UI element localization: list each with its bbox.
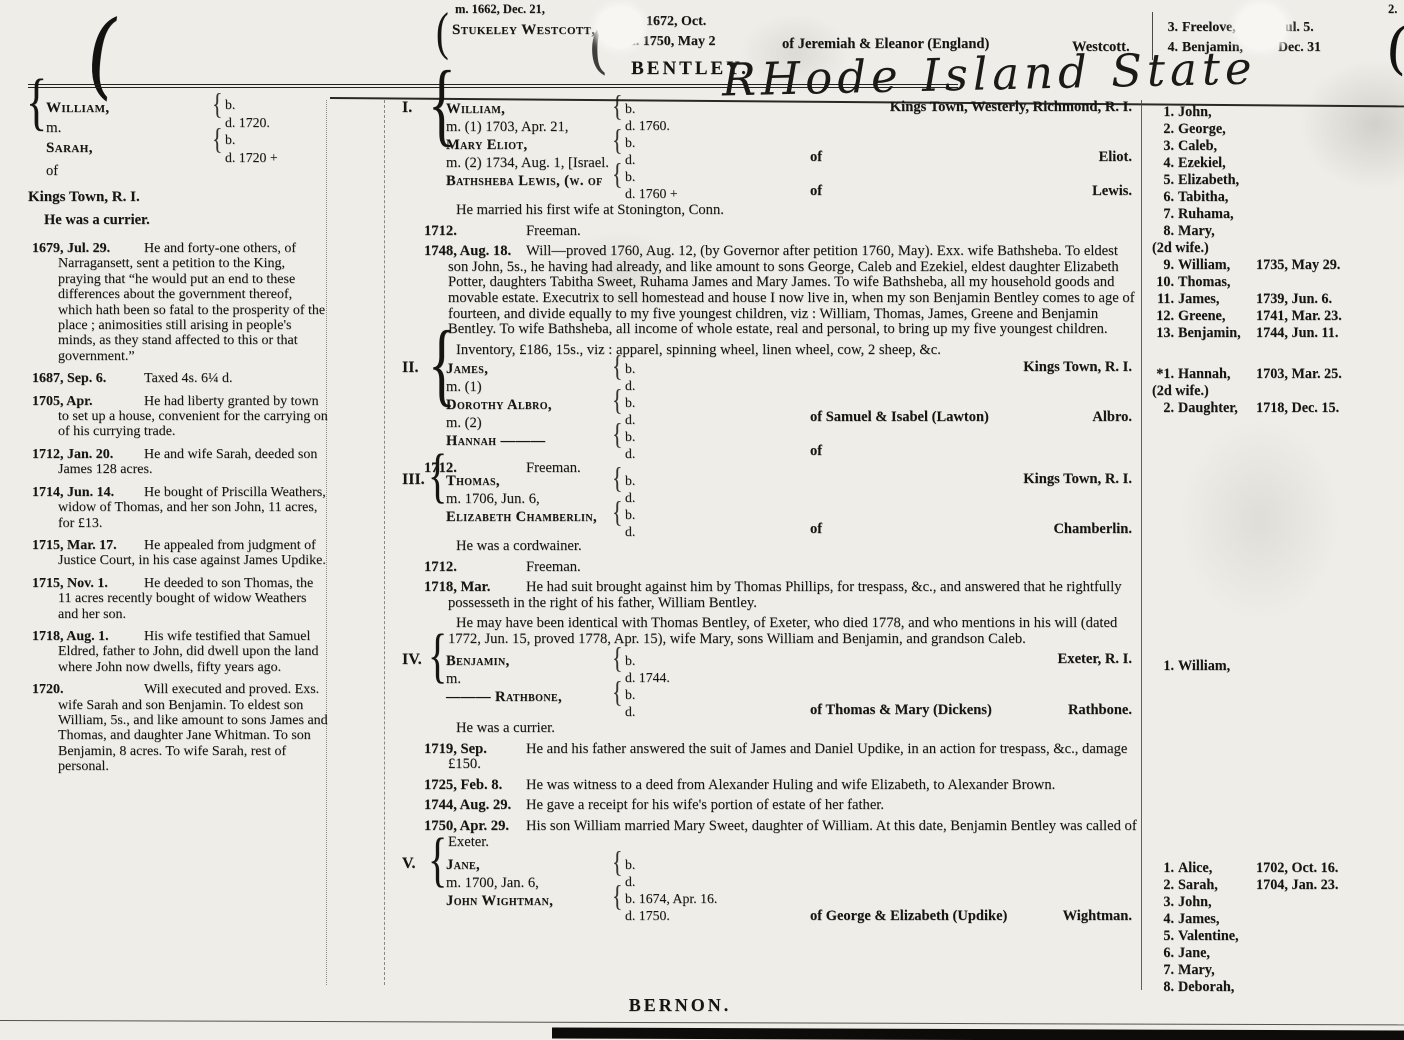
child-name: John,	[1178, 894, 1256, 911]
of-label: of Samuel & Isabel (Lawton)	[810, 410, 989, 426]
child-row: 2.Sarah,1704, Jan. 23.	[1150, 877, 1402, 894]
entry-text: He gave a receipt for his wife's portion…	[526, 797, 884, 813]
footer-rule	[0, 1020, 1404, 1025]
next-page-title: BERNON.	[560, 995, 800, 1016]
family-header: I. { William, m. (1) 1703, Apr. 21, Mary…	[400, 100, 1138, 198]
child-number: *1.	[1150, 366, 1174, 383]
child-row: 6.Tabitha,	[1150, 189, 1402, 206]
child-number: 1.	[1150, 104, 1174, 121]
column-divider	[1141, 100, 1142, 990]
entry-text: He may have been identical with Thomas B…	[448, 615, 1117, 647]
vital-line: b.	[625, 686, 670, 703]
dated-entry: 1714, Jun. 14.He bought of Priscilla Wea…	[28, 485, 328, 531]
child-note-row: (2d wife.)	[1150, 240, 1402, 257]
entry-date: 1705, Apr.	[32, 394, 93, 409]
child-date: 1704, Jan. 23.	[1256, 877, 1338, 894]
child-number: 4.	[1150, 911, 1174, 928]
child-number: 8.	[1150, 223, 1174, 240]
person-name: Bathsheba Lewis, (w. of	[446, 172, 609, 190]
marriage-line: m. (2) 1734, Aug. 1, [Israel.	[446, 154, 609, 172]
child-number: 12.	[1150, 308, 1174, 325]
entry-paragraph: 1748, Aug. 18.Will—proved 1760, Aug. 12,…	[400, 244, 1138, 338]
child-name: Benjamin,	[1178, 325, 1256, 342]
child-name: James,	[1178, 911, 1256, 928]
child-number: 13.	[1150, 325, 1174, 342]
column-divider	[384, 100, 385, 985]
child-row: 9.William,1735, May 29.	[1150, 257, 1402, 274]
spouse-names: Jane, m. 1700, Jan. 6, John Wightman,	[446, 856, 553, 910]
child-name: Greene,	[1178, 308, 1256, 325]
vitals-brace: {	[612, 851, 623, 872]
child-date: 1702, Oct. 16.	[1256, 860, 1338, 877]
child-row: 7.Mary,	[1150, 962, 1402, 979]
spouse-names: Benjamin, m. ——— Rathbone,	[446, 652, 562, 706]
vitals-brace: {	[612, 95, 623, 116]
entry-text: He had suit brought against him by Thoma…	[448, 579, 1122, 611]
child-number: 3.	[1158, 17, 1178, 37]
vital-line: b.	[625, 134, 678, 151]
entry-paragraph: He may have been identical with Thomas B…	[400, 616, 1138, 647]
entry-text: Will executed and proved. Exs. wife Sara…	[58, 682, 328, 774]
child-number: 2.	[1150, 877, 1174, 894]
person-name: Thomas,	[446, 472, 597, 490]
of-label: of George & Elizabeth (Updike)	[810, 909, 1007, 925]
parent-surname: Wightman.	[1063, 909, 1132, 925]
child-name: George,	[1178, 121, 1256, 138]
child-row: 12.Greene,1741, Mar. 23.	[1150, 308, 1402, 325]
vital-dates: b. d. b. 1674, Apr. 16. d. 1750.	[625, 856, 717, 924]
marriage-line: m. (1)	[446, 378, 552, 396]
child-row: 7.Ruhama,	[1150, 206, 1402, 223]
child-name: William,	[1178, 658, 1256, 675]
child-row: 1.John,	[1150, 104, 1402, 121]
vital-line: d. 1760 +	[625, 185, 678, 202]
vitals-brace: {	[612, 389, 623, 410]
residence: Kings Town, R. I.	[1023, 472, 1132, 488]
child-number: 7.	[1150, 962, 1174, 979]
entry-paragraph: 1750, Apr. 29.His son William married Ma…	[400, 819, 1138, 850]
child-row: 6.Jane,	[1150, 945, 1402, 962]
section-numeral: III.	[402, 472, 425, 488]
child-name: William,	[1178, 257, 1256, 274]
person-name: ——— Rathbone,	[446, 688, 562, 706]
person-name: Benjamin,	[446, 652, 562, 670]
child-number: 3.	[1150, 138, 1174, 155]
vital-line: b.	[625, 472, 635, 489]
person-name: Sarah,	[46, 138, 110, 158]
family-brace: {	[428, 644, 447, 667]
marriage-line: m. 1706, Jun. 6,	[446, 490, 597, 508]
entry-date: 1715, Nov. 1.	[32, 576, 108, 591]
child-number: 6.	[1150, 189, 1174, 206]
marriage-line: m. (2)	[446, 414, 552, 432]
vital-line: d.	[625, 377, 635, 394]
child-number: 3.	[1150, 894, 1174, 911]
entry-paragraph: 1744, Aug. 29.He gave a receipt for his …	[400, 798, 1138, 814]
entry-paragraph: 1725, Feb. 8.He was witness to a deed fr…	[400, 778, 1138, 794]
vital-line: d. 1744.	[625, 669, 670, 686]
family-header: IV. { Benjamin, m. ——— Rathbone, { { b. …	[400, 652, 1138, 716]
dated-entry: 1679, Jul. 29.He and forty-one others, o…	[28, 241, 328, 364]
entry-date: 1679, Jul. 29.	[32, 241, 110, 256]
child-name: James,	[1178, 291, 1256, 308]
child-name: Valentine,	[1178, 928, 1256, 945]
parent-surname: Chamberlin.	[1053, 522, 1132, 538]
vital-line: d. 1750.	[625, 907, 717, 924]
vital-line: b.	[625, 856, 717, 873]
vital-line: b.	[625, 168, 678, 185]
of-label: of	[810, 444, 822, 460]
entry-paragraph: 1712.Freeman.	[400, 224, 1138, 240]
child-date: 1735, May 29.	[1256, 257, 1340, 274]
child-number: 6.	[1150, 945, 1174, 962]
entry-paragraph: He was a cordwainer.	[400, 539, 1138, 555]
child-name: Daughter,	[1178, 400, 1256, 417]
wife-note: (2d wife.)	[1152, 240, 1209, 257]
person-name: Hannah ———	[446, 432, 552, 450]
vitals-brace: {	[612, 163, 623, 184]
handwritten-paren-mark: (	[80, 0, 124, 110]
entry-date: 1712.	[424, 224, 457, 240]
section-numeral: IV.	[402, 652, 422, 668]
entry-text: He was a cordwainer.	[456, 538, 582, 554]
vital-line: d. 1760.	[625, 117, 678, 134]
vital-line: b.	[225, 96, 278, 114]
child-number: 5.	[1150, 928, 1174, 945]
entry-date: 1715, Mar. 17.	[32, 538, 117, 553]
child-name: Mary,	[1178, 223, 1256, 240]
dated-entry: 1720.Will executed and proved. Exs. wife…	[28, 682, 328, 774]
child-name: Thomas,	[1178, 274, 1256, 291]
child-row: 3.John,	[1150, 894, 1402, 911]
section-numeral: V.	[402, 856, 416, 872]
entry-text: He and his father answered the suit of J…	[448, 741, 1127, 773]
entry-section-1: I. { William, m. (1) 1703, Apr. 21, Mary…	[400, 100, 1138, 358]
previous-entry-death: d. 1750, May 2	[628, 34, 716, 50]
vital-dates: b. d. 1744. b. d.	[625, 652, 670, 720]
children-list-1: 1.John, 2.George, 3.Caleb, 4.Ezekiel, 5.…	[1150, 104, 1402, 342]
residence: Kings Town, R. I.	[28, 190, 140, 205]
vital-line: d.	[625, 523, 635, 540]
child-note-row: (2d wife.)	[1150, 383, 1402, 400]
vital-line: b.	[625, 652, 670, 669]
entry-text: He was a currier.	[456, 720, 555, 736]
entry-text: He had liberty granted by town to set up…	[58, 394, 328, 440]
vital-line: d. 1720.	[225, 114, 278, 132]
scanned-genealogy-page: ( ( ( m. 1662, Dec. 21, ( Stukeley Westc…	[0, 0, 1404, 1040]
scan-smudge	[1180, 420, 1340, 620]
vitals-brace: {	[612, 885, 623, 906]
child-row: 8.Mary,	[1150, 223, 1402, 240]
vital-line: b.	[625, 506, 635, 523]
parent-surname: Albro.	[1092, 410, 1132, 426]
vitals-brace: {	[212, 128, 223, 149]
family-header: V. { Jane, m. 1700, Jan. 6, John Wightma…	[400, 856, 1138, 926]
entry-date: 1718, Mar.	[424, 580, 490, 596]
vitals-brace: {	[612, 681, 623, 702]
child-row: 2.Daughter,1718, Dec. 15.	[1150, 400, 1402, 417]
child-row: 2.George,	[1150, 121, 1402, 138]
child-name: Deborah,	[1178, 979, 1256, 996]
vital-line: d.	[625, 489, 635, 506]
section-numeral: II.	[402, 360, 418, 376]
entry-paragraph: Inventory, £186, 15s., viz : apparel, sp…	[400, 343, 1138, 359]
child-name: Caleb,	[1178, 138, 1256, 155]
child-name: Tabitha,	[1178, 189, 1256, 206]
entry-text: He was witness to a deed from Alexander …	[526, 777, 1055, 793]
entry-text: Freeman.	[526, 223, 581, 239]
spouse-names: Thomas, m. 1706, Jun. 6, Elizabeth Chamb…	[446, 472, 597, 526]
entry-paragraph: 1712.Freeman.	[400, 560, 1138, 576]
person-name: John Wightman,	[446, 892, 553, 910]
vital-dates: b. d. b. d. b. d.	[625, 360, 635, 462]
of-label: of	[810, 150, 822, 166]
dated-entry: 1715, Mar. 17.He appealed from judgment …	[28, 538, 328, 569]
vitals-brace: {	[612, 129, 623, 150]
vital-dates: b. d. 1760. b. d. b. d. 1760 +	[625, 100, 678, 202]
child-row: 3.Caleb,	[1150, 138, 1402, 155]
header-fragment: 2.	[1388, 2, 1397, 17]
vital-line: b.	[225, 131, 278, 149]
marriage-line: m.	[46, 118, 110, 138]
entry-section-5: V. { Jane, m. 1700, Jan. 6, John Wightma…	[400, 856, 1138, 926]
child-date: 1703, Mar. 25.	[1256, 366, 1342, 383]
entry-date: 1718, Aug. 1.	[32, 629, 109, 644]
child-row: 10.Thomas,	[1150, 274, 1402, 291]
vital-line: b.	[625, 428, 635, 445]
child-row: 13.Benjamin,1744, Jun. 11.	[1150, 325, 1402, 342]
spouse-names: William, m. (1) 1703, Apr. 21, Mary Elio…	[446, 100, 609, 190]
vital-line: d.	[625, 873, 717, 890]
entry-paragraph: 1718, Mar.He had suit brought against hi…	[400, 580, 1138, 611]
child-row: 4.Ezekiel,	[1150, 155, 1402, 172]
child-date: 1741, Mar. 23.	[1256, 308, 1342, 325]
entry-text: Will—proved 1760, Aug. 12, (by Governor …	[448, 243, 1135, 337]
child-number: 5.	[1150, 172, 1174, 189]
family-brace: {	[428, 464, 447, 487]
vital-line: d.	[625, 411, 635, 428]
vital-line: b. 1674, Apr. 16.	[625, 890, 717, 907]
vital-dates: b. d. 1720. b. d. 1720 +	[225, 96, 278, 166]
of-label: of	[810, 522, 822, 538]
person-name: Elizabeth Chamberlin,	[446, 508, 597, 526]
children-list-5: 1.Alice,1702, Oct. 16. 2.Sarah,1704, Jan…	[1150, 860, 1402, 996]
left-column-entry: { William, m. Sarah, { { b. d. 1720. b. …	[28, 98, 328, 775]
entry-section-2: II. { James, m. (1) Dorothy Albro, m. (2…	[400, 360, 1138, 477]
child-name: Jane,	[1178, 945, 1256, 962]
child-row: 4.James,	[1150, 911, 1402, 928]
child-row: 11.James,1739, Jun. 6.	[1150, 291, 1402, 308]
child-date: 1744, Jun. 11.	[1256, 325, 1338, 342]
child-name: Elizabeth,	[1178, 172, 1256, 189]
residence: Kings Town, Westerly, Richmond, R. I.	[890, 100, 1132, 116]
entry-date: 1714, Jun. 14.	[32, 485, 114, 500]
entry-paragraph: He was a currier.	[400, 721, 1138, 737]
child-number: 1.	[1150, 658, 1174, 675]
vitals-brace: {	[612, 501, 623, 522]
child-number: 2.	[1150, 400, 1174, 417]
residence: Exeter, R. I.	[1058, 652, 1132, 668]
family-header: { William, m. Sarah, { { b. d. 1720. b. …	[28, 98, 328, 234]
child-row: 1.William,	[1150, 658, 1402, 675]
child-number: 4.	[1150, 155, 1174, 172]
dated-entry: 1712, Jan. 20.He and wife Sarah, deeded …	[28, 447, 328, 478]
entry-date: 1720.	[32, 682, 64, 697]
vital-line: b.	[625, 100, 678, 117]
marriage-line: m.	[446, 670, 562, 688]
vitals-brace: {	[612, 647, 623, 668]
vitals-brace: {	[612, 467, 623, 488]
child-name: Ezekiel,	[1178, 155, 1256, 172]
wife-note: (2d wife.)	[1152, 383, 1209, 400]
occupation-note: He was a currier.	[44, 213, 150, 228]
entry-date: 1712, Jan. 20.	[32, 447, 113, 462]
child-number: 8.	[1150, 979, 1174, 996]
section-numeral: I.	[402, 100, 412, 116]
vital-line: b.	[625, 360, 635, 377]
vital-dates: b. d. b. d.	[625, 472, 635, 540]
person-name: William,	[46, 98, 110, 118]
child-number: 1.	[1150, 860, 1174, 877]
vital-line: d.	[625, 151, 678, 168]
child-number: 2.	[1150, 121, 1174, 138]
child-date: 1718, Dec. 15.	[1256, 400, 1339, 417]
child-name: Sarah,	[1178, 877, 1256, 894]
header-fragment: m. 1662, Dec. 21,	[455, 2, 545, 17]
child-row: 5.Valentine,	[1150, 928, 1402, 945]
entry-date: 1744, Aug. 29.	[424, 798, 511, 814]
child-number: 10.	[1150, 274, 1174, 291]
entry-date: 1725, Feb. 8.	[424, 778, 502, 794]
child-name: Mary,	[1178, 962, 1256, 979]
person-name: James,	[446, 360, 552, 378]
child-number: 9.	[1150, 257, 1174, 274]
of-label: of Thomas & Mary (Dickens)	[810, 703, 992, 719]
entry-text: He married his first wife at Stonington,…	[456, 202, 724, 218]
spouse-names: James, m. (1) Dorothy Albro, m. (2) Hann…	[446, 360, 552, 450]
child-name: Alice,	[1178, 860, 1256, 877]
child-row: 1.Alice,1702, Oct. 16.	[1150, 860, 1402, 877]
vital-line: d. 1720 +	[225, 149, 278, 167]
residence: Kings Town, R. I.	[1023, 360, 1132, 376]
dated-entry: 1705, Apr.He had liberty granted by town…	[28, 394, 328, 440]
entry-text: His son William married Mary Sweet, daug…	[448, 818, 1137, 850]
marriage-line: m. (1) 1703, Apr. 21,	[446, 118, 609, 136]
vitals-brace: {	[212, 93, 223, 114]
parent-surname: Eliot.	[1099, 150, 1132, 166]
parent-surname: Rathbone.	[1068, 703, 1132, 719]
person-name: Mary Eliot,	[446, 136, 609, 154]
vitals-brace: {	[612, 423, 623, 444]
entry-paragraph: He married his first wife at Stonington,…	[400, 203, 1138, 219]
parent-surname: Lewis.	[1092, 184, 1132, 200]
entry-section-4: IV. { Benjamin, m. ——— Rathbone, { { b. …	[400, 652, 1138, 850]
previous-entry-birth: 1672, Oct.	[646, 14, 706, 30]
vital-line: d.	[625, 445, 635, 462]
person-name: Dorothy Albro,	[446, 396, 552, 414]
entry-date: 1712.	[424, 560, 457, 576]
person-name: William,	[446, 100, 609, 118]
scan-edge-band	[552, 1028, 1404, 1040]
dated-entry: 1715, Nov. 1.He deeded to son Thomas, th…	[28, 576, 328, 622]
entry-text: He and forty-one others, of Narragansett…	[58, 241, 325, 364]
child-name: John,	[1178, 104, 1256, 121]
children-list-4: 1.William,	[1150, 658, 1402, 675]
child-number: 7.	[1150, 206, 1174, 223]
vitals-brace: {	[612, 355, 623, 376]
child-row: *1.Hannah,1703, Mar. 25.	[1150, 366, 1402, 383]
entry-text: Taxed 4s. 6¼ d.	[144, 371, 232, 386]
vital-line: b.	[625, 394, 635, 411]
dated-entry: 1687, Sep. 6.Taxed 4s. 6¼ d.	[28, 371, 328, 386]
child-name: Ruhama,	[1178, 206, 1256, 223]
entry-date: 1748, Aug. 18.	[424, 244, 511, 260]
family-header: III. { Thomas, m. 1706, Jun. 6, Elizabet…	[400, 472, 1138, 534]
entry-date: 1719, Sep.	[424, 742, 487, 758]
of-label: of	[810, 184, 822, 200]
vital-line: d.	[625, 703, 670, 720]
marriage-line: m. 1700, Jan. 6,	[446, 874, 553, 892]
children-list-2: *1.Hannah,1703, Mar. 25. (2d wife.) 2.Da…	[1150, 366, 1402, 417]
child-name: Hannah,	[1178, 366, 1256, 383]
previous-entry-name: Stukeley Westcott,	[452, 22, 596, 39]
child-row: 8.Deborah,	[1150, 979, 1402, 996]
child-date: 1739, Jun. 6.	[1256, 291, 1332, 308]
scan-hole-artifact	[597, 6, 643, 48]
spouse-names: William, m. Sarah,	[46, 98, 110, 158]
entry-date: 1687, Sep. 6.	[32, 371, 106, 386]
of-label: of	[46, 164, 58, 179]
family-header: II. { James, m. (1) Dorothy Albro, m. (2…	[400, 360, 1138, 456]
person-name: Jane,	[446, 856, 553, 874]
child-row: 5.Elizabeth,	[1150, 172, 1402, 189]
family-brace: {	[428, 848, 447, 871]
entry-paragraph: 1719, Sep.He and his father answered the…	[400, 742, 1138, 773]
dated-entry: 1718, Aug. 1.His wife testified that Sam…	[28, 629, 328, 675]
family-brace: {	[26, 91, 47, 113]
entry-text: Freeman.	[526, 559, 581, 575]
entry-text: Inventory, £186, 15s., viz : apparel, sp…	[456, 342, 941, 358]
entry-section-3: III. { Thomas, m. 1706, Jun. 6, Elizabet…	[400, 472, 1138, 648]
child-number: 11.	[1150, 291, 1174, 308]
